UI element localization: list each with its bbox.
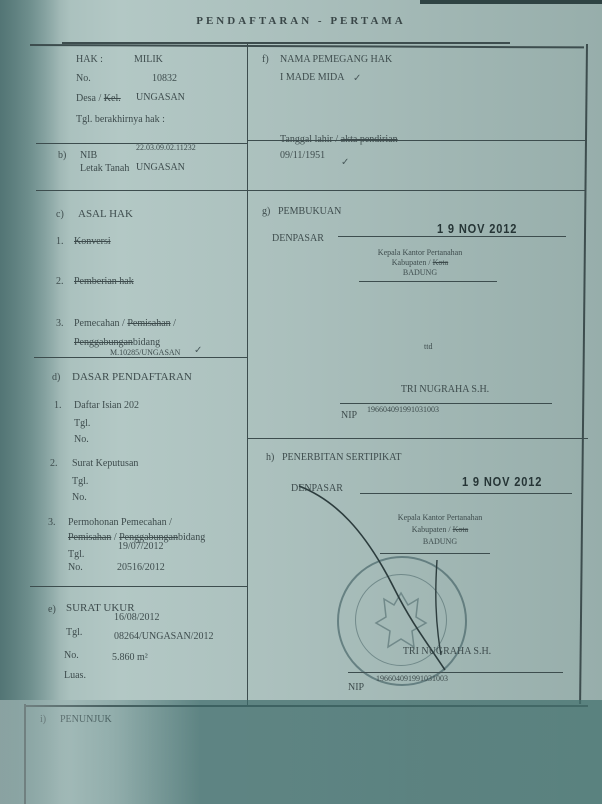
pembukuan-office-line2: Kabupaten / Kota (340, 258, 500, 267)
dasar-item-3-tgl-value: 19/07/2012 (118, 541, 164, 552)
penerbitan-nip-value: 196604091991031003 (376, 674, 448, 683)
penggabungan-struck: Penggabungan (74, 337, 133, 348)
surat-ukur-no-label: No. (64, 650, 79, 661)
asal-item-1-text: Konversi (74, 236, 111, 247)
desa-value: UNGASAN (136, 92, 185, 103)
section-g-marker: g) (262, 206, 270, 217)
section-f-marker: f) (262, 54, 269, 65)
asal-item-3-ref: M.10285/UNGASAN (110, 348, 180, 357)
nama-pemegang-hak-heading: NAMA PEMEGANG HAK (280, 54, 392, 65)
desa-label-prefix: Desa / (76, 93, 101, 104)
background-edge (420, 0, 602, 4)
dasar-item-3-no-label: No. (68, 562, 83, 573)
divider (30, 586, 248, 587)
letak-value: UNGASAN (136, 162, 185, 173)
dasar-item-3-text: Permohonan Pemecahan / (68, 517, 172, 528)
asal-hak-heading: ASAL HAK (78, 208, 133, 220)
kabupaten-label: Kabupaten / (392, 258, 431, 267)
section-h-marker: h) (266, 452, 274, 463)
frame-top-border (30, 44, 584, 48)
dasar-item-1-num: 1. (54, 400, 62, 411)
holder-name: I MADE MIDA (280, 72, 344, 83)
frame-right-border (579, 44, 587, 704)
bidang-text: bidang (133, 337, 160, 348)
dasar-item-2-num: 2. (50, 458, 58, 469)
penerbitan-sertipikat-heading: PENERBITAN SERTIPIKAT (282, 452, 401, 463)
asal-item-3-text: Pemecahan / Pemisahan / (74, 318, 176, 329)
slash: / (114, 532, 117, 543)
dasar-item-2-tgl-label: Tgl. (72, 476, 88, 487)
surat-ukur-tgl-label: Tgl. (66, 627, 82, 638)
surat-ukur-no-value: 08264/UNGASAN/2012 (114, 631, 213, 642)
akta-pendirian-struck: akta pendirian (341, 134, 398, 145)
divider (36, 190, 586, 191)
tgl-berakhir-label: Tgl. berakhirnya hak : (76, 114, 165, 125)
penerbitan-official-name: TRI NUGRAHA S.H. (372, 646, 522, 657)
pembukuan-district: BADUNG (340, 268, 500, 277)
nib-label: NIB (80, 150, 97, 161)
dasar-item-2-no-label: No. (72, 492, 87, 503)
hak-label: HAK : (76, 54, 103, 65)
luas-number: 5.860 (112, 652, 135, 663)
birth-label: Tanggal lahir / akta pendirian (280, 134, 398, 145)
section-e-marker: e) (48, 604, 56, 615)
birth-date: 09/11/1951 (280, 150, 325, 161)
nib-value: 22.03.09.02.11232 (136, 143, 196, 152)
document-title: PENDAFTARAN - PERTAMA (0, 15, 602, 27)
asal-item-3-line2: Penggabunganbidang (74, 337, 160, 348)
pembukuan-official-name: TRI NUGRAHA S.H. (370, 384, 520, 395)
pembukuan-nip-label: NIP (341, 410, 357, 421)
divider (359, 281, 497, 282)
dasar-item-3-tgl-label: Tgl. (68, 549, 84, 560)
dasar-item-1-text: Daftar Isian 202 (74, 400, 139, 411)
divider (248, 438, 588, 439)
asal-item-1-num: 1. (56, 236, 64, 247)
luas-value: 5.860 m² (112, 652, 148, 663)
pembukuan-heading: PEMBUKUAN (278, 206, 341, 217)
section-b-marker: b) (58, 150, 66, 161)
pembukuan-office-line1: Kepala Kantor Pertanahan (340, 248, 500, 257)
check-mark-icon: ✓ (194, 345, 202, 356)
pemisahan-struck: Pemisahan (68, 532, 111, 543)
surat-ukur-tgl-value: 16/08/2012 (114, 612, 160, 623)
dasar-pendaftaran-heading: DASAR PENDAFTARAN (72, 371, 192, 383)
dasar-item-2-text: Surat Keputusan (72, 458, 138, 469)
dasar-item-1-no-label: No. (74, 434, 89, 445)
tanggal-lahir-label: Tanggal lahir / (280, 134, 338, 145)
section-c-marker: c) (56, 209, 64, 220)
photo-shadow (0, 700, 602, 804)
frame-top-line (62, 42, 510, 44)
section-d-marker: d) (52, 372, 60, 383)
signature-line (348, 672, 563, 673)
ttd-label: ttd (424, 342, 432, 351)
asal-item-3-num: 3. (56, 318, 64, 329)
pemecahan-text: Pemecahan / (74, 318, 125, 329)
luas-unit: m² (137, 652, 148, 663)
check-mark-icon: ✓ (353, 73, 361, 84)
signature-line (340, 403, 552, 404)
asal-item-2-text: Pemberian hak (74, 276, 134, 287)
luas-label: Luas. (64, 670, 86, 681)
divider (34, 357, 248, 358)
asal-item-2-num: 2. (56, 276, 64, 287)
check-mark-icon: ✓ (341, 157, 349, 168)
pembukuan-place: DENPASAR (272, 233, 324, 244)
letak-label: Letak Tanah (80, 163, 129, 174)
dasar-item-3-no-value: 20516/2012 (117, 562, 165, 573)
desa-label: Desa / Kel. (76, 93, 121, 104)
bidang-text: bidang (178, 532, 205, 543)
dasar-item-3-num: 3. (48, 517, 56, 528)
pembukuan-nip-value: 196604091991031003 (367, 405, 439, 414)
slash: / (173, 318, 176, 329)
penerbitan-nip-label: NIP (348, 682, 364, 693)
pemisahan-struck: Pemisahan (127, 318, 170, 329)
no-value: 10832 (152, 73, 177, 84)
kota-struck: Kota (433, 258, 449, 267)
signature-line (338, 236, 566, 237)
certificate-page: PENDAFTARAN - PERTAMA HAK : MILIK No. 10… (0, 0, 602, 804)
dasar-item-1-tgl-label: Tgl. (74, 418, 90, 429)
kel-label-struck: Kel. (104, 93, 121, 104)
no-label: No. (76, 73, 91, 84)
pembukuan-date-stamp: 1 9 NOV 2012 (437, 221, 517, 236)
hak-value: MILIK (134, 54, 163, 65)
